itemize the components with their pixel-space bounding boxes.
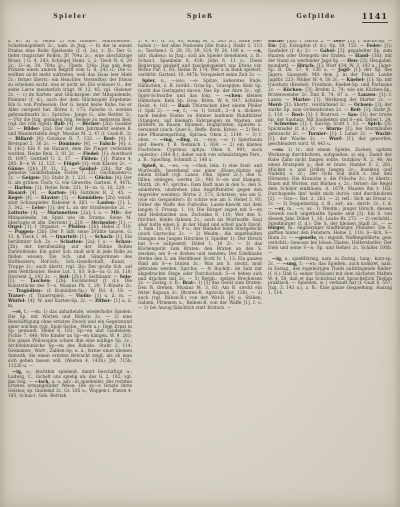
dictionary-page: Spieler Spieß Geſpilde 1141 z. B.: a) (f… bbox=[0, 0, 400, 507]
entry-paragraph: —ig, a.: spießförmig, nam. in Zsstzg.: l… bbox=[268, 258, 392, 297]
page-number: 1141 bbox=[362, 11, 388, 23]
text-column-2: 2. 4, 87; G. 33, 92; König M. 2, 265 2c.… bbox=[138, 40, 262, 477]
running-head: Spieler Spieß Geſpilde 1141 bbox=[0, 13, 400, 27]
entry-paragraph: —ig, a.: leichthin spielend, damit besch… bbox=[8, 371, 132, 400]
running-head-left: Spieler bbox=[8, 13, 132, 20]
entry-paragraph: z. B.: a) (f. feilen 2) von Gaukel-, Mar… bbox=[8, 40, 132, 310]
entry-paragraph: —ei, f.; —en: 1) das anhaltende, wiederh… bbox=[8, 311, 132, 370]
entry-paragraph: —en: 1) tr.: mit einem Spieße, Zacken, s… bbox=[268, 149, 392, 257]
page-right-edge-shadow bbox=[394, 0, 400, 507]
text-column-1: z. B.: a) (f. feilen 2) von Gaukel-, Mar… bbox=[8, 40, 132, 477]
entry-paragraph: Dächs- [3b]: f. Dachs 2. — Dörf- [1]: f.… bbox=[268, 40, 392, 148]
text-column-3: Dächs- [3b]: f. Dachs 2. — Dörf- [1]: f.… bbox=[268, 40, 392, 477]
running-head-center: Spieß bbox=[138, 13, 262, 20]
page-left-edge-shadow bbox=[0, 0, 6, 507]
text-columns: z. B.: a) (f. feilen 2) von Gaukel-, Mar… bbox=[8, 40, 392, 477]
entry-paragraph: Spieß, m., —es; —e; —chen, lein: 1) eine… bbox=[138, 165, 262, 312]
entry-paragraph: 2. 4, 87; G. 33, 92; König M. 2, 265 2c.… bbox=[138, 40, 262, 79]
entry-paragraph: Spier, n., —(e)s; —e: Spitze, äußerstes … bbox=[138, 80, 262, 163]
running-head-right: Geſpilde bbox=[268, 13, 364, 20]
